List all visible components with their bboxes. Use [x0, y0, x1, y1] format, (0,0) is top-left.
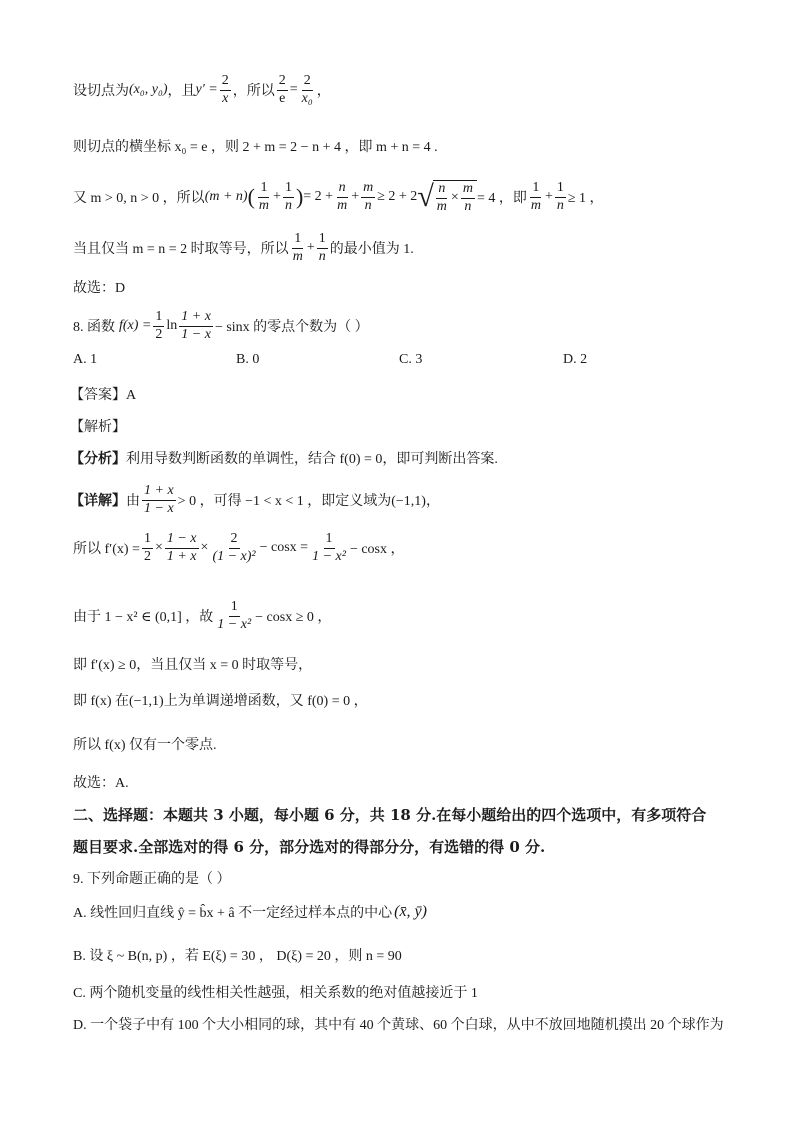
fraction: 1 n: [283, 181, 294, 213]
denominator: n: [317, 249, 328, 265]
radicand: n m × m n: [433, 180, 477, 214]
math-point: (x₀, y₀): [129, 82, 168, 98]
text: ≥ 1 ，: [568, 187, 604, 207]
text: ≥ 2 + 2: [377, 189, 417, 205]
radical-sign: √: [417, 182, 433, 212]
fraction: 1 + x 1 − x: [142, 484, 176, 516]
math-derivative: y′ =: [196, 82, 218, 98]
question-8-stem: 8. 函数 f(x) = 1 2 ln 1 + x 1 − x − sinx 的…: [73, 310, 369, 342]
text: 由: [126, 490, 140, 510]
fraction: n m: [335, 181, 349, 213]
detail-line-5: 即 f(x) 在(−1,1)上为单调递增函数，又 f(0) = 0 ，: [73, 690, 368, 710]
denominator: m: [529, 198, 543, 214]
fraction: n m: [435, 182, 449, 214]
section-2-header-line-2: 题目要求.全部选对的得 6 分，部分选对的得部分分，有选错的得 0 分.: [73, 836, 545, 857]
plus: +: [351, 189, 359, 205]
numerator: 1: [324, 532, 335, 549]
denominator: 2: [153, 327, 164, 343]
denominator: m: [257, 198, 271, 214]
numerator: 2: [220, 74, 231, 91]
ln: ln: [166, 318, 177, 334]
answer-label: 【答案】A: [70, 384, 136, 404]
math-function: f(x) =: [119, 318, 151, 334]
fraction: 1 2: [142, 532, 153, 564]
fraction: 1 1 − x²: [310, 532, 348, 564]
text: − cosx =: [260, 540, 308, 556]
numerator: n: [337, 181, 348, 198]
text: ，: [317, 80, 331, 100]
detail-line-1: 【详解】 由 1 + x 1 − x > 0 ，可得 −1 < x < 1 ，即…: [70, 484, 440, 516]
denominator: x: [220, 91, 230, 107]
numerator: 1: [283, 181, 294, 198]
option-b[interactable]: B. 0: [236, 352, 259, 368]
option-c[interactable]: C. 3: [399, 352, 422, 368]
text: 设切点为: [73, 80, 129, 100]
numerator: 1: [142, 532, 153, 549]
paren-close: ): [296, 186, 303, 208]
numerator: 2: [302, 74, 313, 91]
numerator: n: [436, 182, 447, 199]
option-a[interactable]: A. 1: [73, 352, 97, 368]
prev-solution-answer: 故选：D: [73, 277, 125, 297]
text: = 4 ，即: [477, 187, 527, 207]
prev-solution-line-3: 又 m > 0, n > 0 ，所以 (m + n) ( 1 m + 1 n )…: [73, 180, 604, 214]
detail-line-4: 即 f′(x) ≥ 0，当且仅当 x = 0 时取等号，: [73, 654, 312, 674]
numerator: 2: [277, 74, 288, 91]
question-9-option-a[interactable]: A. 线性回归直线 ŷ = b̂x + â 不一定经过样本点的中心 (x̄, ȳ…: [73, 902, 427, 922]
analysis-header: 【解析】: [70, 416, 126, 436]
detail-line-2: 所以 f′(x) = 1 2 × 1 − x 1 + x × 2 (1 − x)…: [73, 532, 405, 564]
numerator: 1 − x: [165, 532, 199, 549]
numerator: 1: [258, 181, 269, 198]
denominator: n: [555, 198, 566, 214]
denominator: n: [462, 199, 473, 215]
paren-open: (: [248, 186, 255, 208]
fraction: 1 n: [555, 181, 566, 213]
fraction: 2 (1 − x)²: [210, 532, 257, 564]
denominator: m: [335, 198, 349, 214]
denominator: 2: [142, 549, 153, 565]
option-d[interactable]: D. 2: [563, 352, 587, 368]
math-expr: (m + n): [205, 189, 248, 205]
numerator: 1 + x: [179, 310, 213, 327]
denominator: 1 − x: [179, 327, 213, 343]
text: 由于 1 − x² ∈ (0,1] ，故: [73, 606, 213, 626]
numerator: 1: [153, 310, 164, 327]
text: 的最小值为 1.: [330, 238, 414, 258]
text: − cosx ≥ 0 ，: [255, 606, 331, 626]
denominator: 1 − x: [142, 501, 176, 517]
prev-solution-line-4: 当且仅当 m = n = 2 时取等号，所以 1 m + 1 n 的最小值为 1…: [73, 232, 414, 264]
analysis-text: 利用导数判断函数的单调性，结合 f(0) = 0，即可判断出答案.: [126, 448, 498, 468]
fraction: 1 m: [291, 232, 305, 264]
fraction: 1 1 − x²: [215, 600, 253, 632]
square-root: √ n m × m n: [417, 180, 477, 214]
question-9-stem: 9. 下列命题正确的是（ ）: [73, 868, 231, 888]
fraction: m n: [461, 182, 475, 214]
detail-line-3: 由于 1 − x² ∈ (0,1] ，故 1 1 − x² − cosx ≥ 0…: [73, 600, 331, 632]
analysis-tag: 【分析】: [70, 448, 126, 468]
detail-answer: 故选：A.: [73, 772, 129, 792]
detail-line-6: 所以 f(x) 仅有一个零点.: [73, 734, 217, 754]
fraction: 1 n: [317, 232, 328, 264]
numerator: 1: [530, 181, 541, 198]
numerator: 1: [292, 232, 303, 249]
fraction: 1 2: [153, 310, 164, 342]
denominator: 1 − x²: [215, 617, 253, 633]
text: − sinx 的零点个数为（ ）: [215, 316, 369, 336]
denominator: n: [363, 198, 374, 214]
fraction: 2 e: [277, 74, 288, 106]
text: 又 m > 0, n > 0 ，所以: [73, 187, 205, 207]
detail-tag: 【详解】: [70, 490, 126, 510]
fraction: m n: [361, 181, 375, 213]
denominator: 1 − x²: [310, 549, 348, 565]
fraction: 2 x₀: [300, 74, 315, 106]
numerator: 1 + x: [142, 484, 176, 501]
denominator: e: [277, 91, 287, 107]
text: 所以 f′(x) =: [73, 538, 140, 558]
question-9-option-b[interactable]: B. 设 ξ ~ B(n, p) ，若 E(ξ) = 30 ， D(ξ) = 2…: [73, 945, 402, 965]
question-number: 8. 函数: [73, 316, 115, 336]
sample-center: (x̄, ȳ): [394, 903, 427, 921]
numerator: 1: [229, 600, 240, 617]
equals: =: [290, 82, 298, 98]
prev-solution-line-1: 设切点为 (x₀, y₀) ，且 y′ = 2 x ，所以 2 e = 2 x₀…: [73, 74, 331, 106]
question-9-option-d[interactable]: D. 一个袋子中有 100 个大小相同的球，其中有 40 个黄球、60 个白球，…: [73, 1014, 724, 1034]
fraction: 1 m: [257, 181, 271, 213]
text: ，且: [168, 80, 196, 100]
numerator: 1: [555, 181, 566, 198]
text: ，所以: [233, 80, 275, 100]
fraction: 2 x: [220, 74, 231, 106]
prev-solution-line-2: 则切点的横坐标 x₀ = e ，则 2 + m = 2 − n + 4 ，即 m…: [73, 136, 438, 156]
numerator: m: [461, 182, 475, 199]
fraction: 1 m: [529, 181, 543, 213]
numerator: 1: [317, 232, 328, 249]
denominator: 1 + x: [165, 549, 199, 565]
question-8-options: A. 1 B. 0 C. 3 D. 2: [73, 352, 753, 372]
fraction: 1 + x 1 − x: [179, 310, 213, 342]
text: > 0 ，可得 −1 < x < 1 ，即定义域为(−1,1)，: [178, 490, 440, 510]
numerator: 2: [229, 532, 240, 549]
numerator: m: [361, 181, 375, 198]
denominator: n: [283, 198, 294, 214]
text: 当且仅当 m = n = 2 时取等号，所以: [73, 238, 289, 258]
fraction: 1 − x 1 + x: [165, 532, 199, 564]
text: − cosx ，: [350, 538, 405, 558]
times: ×: [451, 190, 459, 206]
denominator: (1 − x)²: [210, 549, 257, 565]
option-a-text: A. 线性回归直线 ŷ = b̂x + â 不一定经过样本点的中心: [73, 902, 392, 922]
text: = 2 +: [303, 189, 333, 205]
section-2-header-line-1: 二、选择题：本题共 3 小题，每小题 6 分，共 18 分.在每小题给出的四个选…: [73, 804, 706, 825]
denominator: m: [291, 249, 305, 265]
denominator: x₀: [300, 91, 315, 107]
analysis-summary: 【分析】 利用导数判断函数的单调性，结合 f(0) = 0，即可判断出答案.: [70, 448, 498, 468]
denominator: m: [435, 199, 449, 215]
question-9-option-c[interactable]: C. 两个随机变量的线性相关性越强，相关系数的绝对值越接近于 1: [73, 982, 478, 1002]
